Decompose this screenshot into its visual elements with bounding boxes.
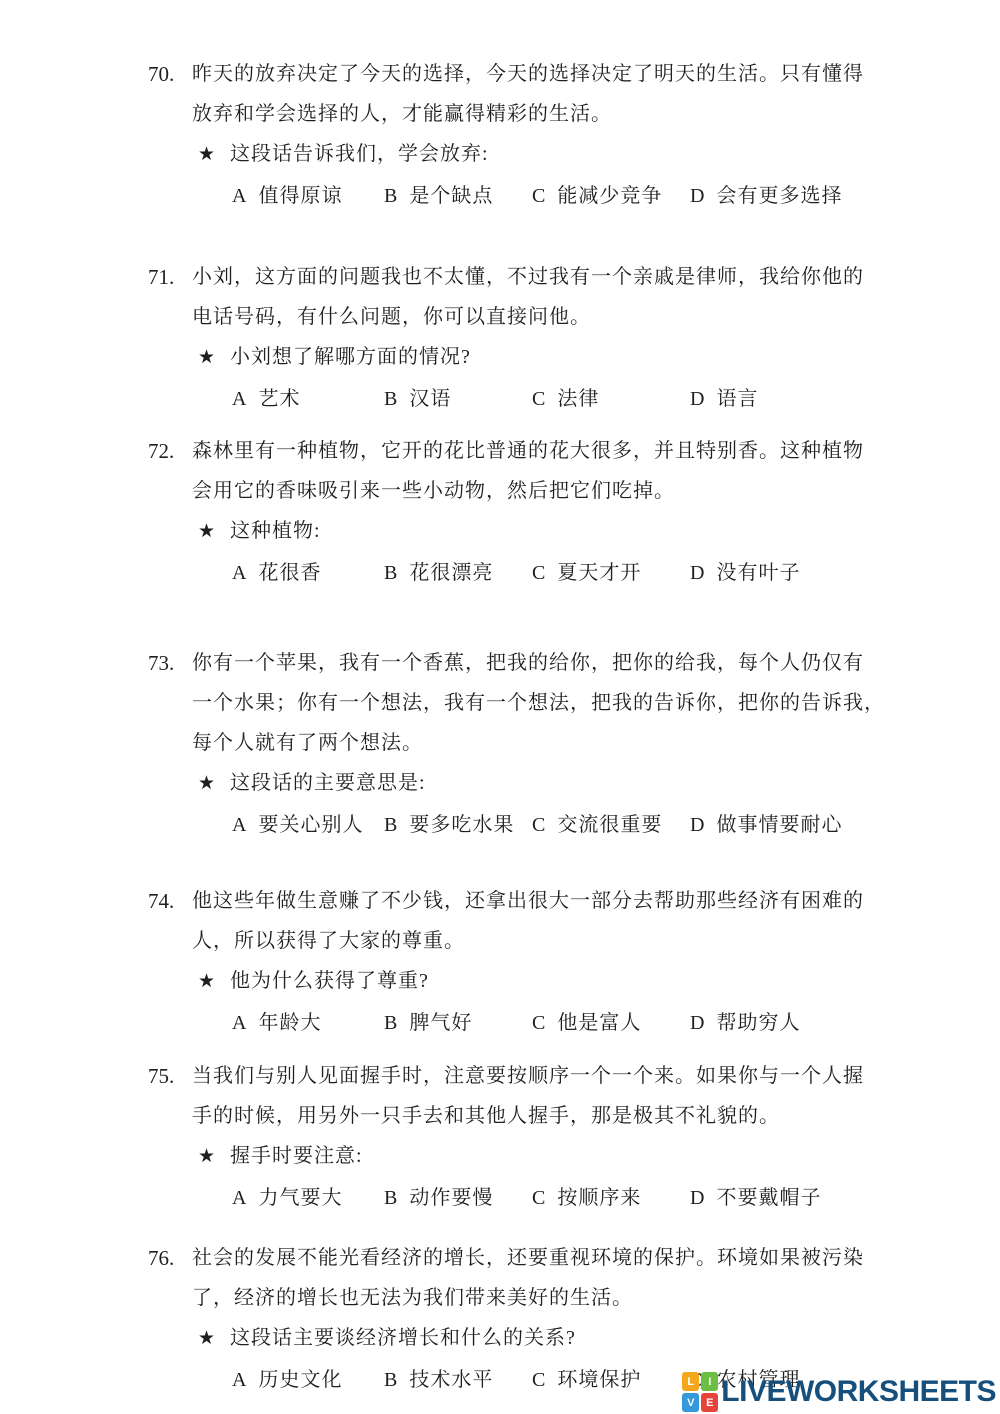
option-text: 按顺序来	[557, 1178, 641, 1218]
question-prompt-row: ★他为什么获得了尊重?	[192, 961, 968, 1003]
option-text: 值得原谅	[258, 176, 342, 216]
question-line: 一个水果；你有一个想法，我有一个想法，把我的告诉你，把你的告诉我，	[192, 683, 968, 723]
question-74: 74. 他这些年做生意赚了不少钱，还拿出很大一部分去帮助那些经济有困难的 人，所…	[148, 881, 968, 1043]
option-75-c[interactable]: C按顺序来	[532, 1178, 690, 1218]
option-letter: D	[690, 553, 704, 593]
question-line: 社会的发展不能光看经济的增长，还要重视环境的保护。环境如果被污染	[192, 1238, 968, 1278]
options-row: A艺术 B汉语 C法律 D语言	[192, 379, 968, 419]
option-72-c[interactable]: C夏天才开	[532, 553, 690, 593]
option-text: 法律	[557, 379, 599, 419]
option-letter: B	[384, 176, 397, 216]
question-75: 75. 当我们与别人见面握手时，注意要按顺序一个一个来。如果你与一个人握 手的时…	[148, 1056, 968, 1218]
option-letter: A	[232, 1003, 246, 1043]
star-icon: ★	[198, 143, 215, 165]
question-prompt: 他为什么获得了尊重?	[230, 970, 429, 992]
question-71: 71. 小刘，这方面的问题我也不太懂，不过我有一个亲戚是律师，我给你他的 电话号…	[148, 257, 968, 419]
logo-square-i: I	[701, 1372, 718, 1391]
option-76-a[interactable]: A历史文化	[232, 1360, 384, 1400]
option-75-d[interactable]: D不要戴帽子	[690, 1178, 968, 1218]
option-letter: D	[690, 379, 704, 419]
option-text: 不要戴帽子	[716, 1178, 821, 1218]
liveworksheets-wordmark: LIVEWORKSHEETS	[721, 1377, 996, 1407]
question-line: 会用它的香味吸引来一些小动物，然后把它们吃掉。	[192, 471, 968, 511]
question-line: 他这些年做生意赚了不少钱，还拿出很大一部分去帮助那些经济有困难的	[192, 881, 968, 921]
option-text: 语言	[716, 379, 758, 419]
option-text: 汉语	[409, 379, 451, 419]
question-prompt: 这段话的主要意思是:	[230, 772, 426, 794]
option-text: 能减少竞争	[557, 176, 662, 216]
logo-square-e: E	[701, 1393, 718, 1412]
question-prompt: 小刘想了解哪方面的情况?	[230, 346, 471, 368]
option-74-d[interactable]: D帮助穷人	[690, 1003, 968, 1043]
question-73: 73. 你有一个苹果，我有一个香蕉，把我的给你，把你的给我，每个人仍仅有 一个水…	[148, 643, 968, 845]
question-prompt-row: ★这种植物:	[192, 511, 968, 553]
worksheet-page: 70. 昨天的放弃决定了今天的选择，今天的选择决定了明天的生活。只有懂得 放弃和…	[0, 0, 1000, 1414]
options-row: A年龄大 B脾气好 C他是富人 D帮助穷人	[192, 1003, 968, 1043]
option-text: 要多吃水果	[409, 805, 514, 845]
option-letter: C	[532, 1360, 545, 1400]
question-number: 74.	[148, 881, 174, 921]
question-line: 每个人就有了两个想法。	[192, 723, 968, 763]
option-text: 技术水平	[409, 1360, 493, 1400]
option-text: 夏天才开	[557, 553, 641, 593]
option-letter: D	[690, 176, 704, 216]
option-letter: B	[384, 1003, 397, 1043]
option-letter: B	[384, 1178, 397, 1218]
options-row: A花很香 B花很漂亮 C夏天才开 D没有叶子	[192, 553, 968, 593]
question-line: 小刘，这方面的问题我也不太懂，不过我有一个亲戚是律师，我给你他的	[192, 257, 968, 297]
option-71-d[interactable]: D语言	[690, 379, 968, 419]
question-number: 72.	[148, 431, 174, 471]
option-text: 力气要大	[258, 1178, 342, 1218]
option-text: 动作要慢	[409, 1178, 493, 1218]
question-prompt-row: ★握手时要注意:	[192, 1136, 968, 1178]
question-line: 了，经济的增长也无法为我们带来美好的生活。	[192, 1278, 968, 1318]
logo-square-v: V	[682, 1393, 699, 1412]
option-letter: D	[690, 805, 704, 845]
option-72-a[interactable]: A花很香	[232, 553, 384, 593]
option-text: 交流很重要	[557, 805, 662, 845]
option-letter: C	[532, 176, 545, 216]
option-71-c[interactable]: C法律	[532, 379, 690, 419]
option-text: 是个缺点	[409, 176, 493, 216]
option-text: 没有叶子	[716, 553, 800, 593]
option-74-a[interactable]: A年龄大	[232, 1003, 384, 1043]
option-letter: B	[384, 1360, 397, 1400]
question-line: 昨天的放弃决定了今天的选择，今天的选择决定了明天的生活。只有懂得	[192, 54, 968, 94]
option-letter: C	[532, 1178, 545, 1218]
option-letter: C	[532, 1003, 545, 1043]
star-icon: ★	[198, 346, 215, 368]
option-letter: B	[384, 805, 397, 845]
options-row: A力气要大 B动作要慢 C按顺序来 D不要戴帽子	[192, 1178, 968, 1218]
option-70-b[interactable]: B是个缺点	[384, 176, 532, 216]
option-76-b[interactable]: B技术水平	[384, 1360, 532, 1400]
star-icon: ★	[198, 1327, 215, 1349]
star-icon: ★	[198, 772, 215, 794]
option-text: 年龄大	[258, 1003, 321, 1043]
question-prompt-row: ★这段话的主要意思是:	[192, 763, 968, 805]
option-71-a[interactable]: A艺术	[232, 379, 384, 419]
option-letter: C	[532, 805, 545, 845]
option-text: 会有更多选择	[716, 176, 842, 216]
option-letter: A	[232, 379, 246, 419]
option-73-b[interactable]: B要多吃水果	[384, 805, 532, 845]
option-71-b[interactable]: B汉语	[384, 379, 532, 419]
option-76-c[interactable]: C环境保护	[532, 1360, 690, 1400]
option-74-b[interactable]: B脾气好	[384, 1003, 532, 1043]
question-prompt-row: ★这段话主要谈经济增长和什么的关系?	[192, 1318, 968, 1360]
option-letter: C	[532, 379, 545, 419]
option-letter: B	[384, 379, 397, 419]
options-row: A要关心别人 B要多吃水果 C交流很重要 D做事情要耐心	[192, 805, 968, 845]
question-number: 71.	[148, 257, 174, 297]
question-prompt: 这种植物:	[230, 520, 321, 542]
star-icon: ★	[198, 1145, 215, 1167]
question-number: 73.	[148, 643, 174, 683]
option-text: 历史文化	[258, 1360, 342, 1400]
question-prompt: 握手时要注意:	[230, 1145, 363, 1167]
option-text: 做事情要耐心	[716, 805, 842, 845]
option-letter: C	[532, 553, 545, 593]
option-70-c[interactable]: C能减少竞争	[532, 176, 690, 216]
option-text: 艺术	[258, 379, 300, 419]
star-icon: ★	[198, 520, 215, 542]
option-74-c[interactable]: C他是富人	[532, 1003, 690, 1043]
option-text: 花很漂亮	[409, 553, 493, 593]
question-prompt-row: ★这段话告诉我们，学会放弃:	[192, 134, 968, 176]
question-line: 手的时候，用另外一只手去和其他人握手，那是极其不礼貌的。	[192, 1096, 968, 1136]
option-75-a[interactable]: A力气要大	[232, 1178, 384, 1218]
option-letter: A	[232, 553, 246, 593]
option-letter: A	[232, 176, 246, 216]
option-letter: A	[232, 1360, 246, 1400]
question-number: 76.	[148, 1238, 174, 1278]
option-letter: A	[232, 805, 246, 845]
option-73-c[interactable]: C交流很重要	[532, 805, 690, 845]
liveworksheets-icon: L I V E	[682, 1372, 718, 1412]
option-text: 要关心别人	[258, 805, 363, 845]
option-text: 环境保护	[557, 1360, 641, 1400]
question-line: 人，所以获得了大家的尊重。	[192, 921, 968, 961]
option-text: 花很香	[258, 553, 321, 593]
question-line: 森林里有一种植物，它开的花比普通的花大很多，并且特别香。这种植物	[192, 431, 968, 471]
option-letter: D	[690, 1178, 704, 1218]
question-line: 你有一个苹果，我有一个香蕉，把我的给你，把你的给我，每个人仍仅有	[192, 643, 968, 683]
question-line: 当我们与别人见面握手时，注意要按顺序一个一个来。如果你与一个人握	[192, 1056, 968, 1096]
option-73-d[interactable]: D做事情要耐心	[690, 805, 968, 845]
options-row: A值得原谅 B是个缺点 C能减少竞争 D会有更多选择	[192, 176, 968, 216]
option-75-b[interactable]: B动作要慢	[384, 1178, 532, 1218]
question-72: 72. 森林里有一种植物，它开的花比普通的花大很多，并且特别香。这种植物 会用它…	[148, 431, 968, 593]
option-72-b[interactable]: B花很漂亮	[384, 553, 532, 593]
question-prompt-row: ★小刘想了解哪方面的情况?	[192, 337, 968, 379]
question-prompt: 这段话告诉我们，学会放弃:	[230, 143, 489, 165]
question-number: 70.	[148, 54, 174, 94]
question-70: 70. 昨天的放弃决定了今天的选择，今天的选择决定了明天的生活。只有懂得 放弃和…	[148, 54, 968, 216]
questions-list: 70. 昨天的放弃决定了今天的选择，今天的选择决定了明天的生活。只有懂得 放弃和…	[148, 54, 968, 1400]
option-letter: A	[232, 1178, 246, 1218]
option-letter: B	[384, 553, 397, 593]
liveworksheets-logo[interactable]: L I V E LIVEWORKSHEETS	[682, 1372, 996, 1412]
option-text: 帮助穷人	[716, 1003, 800, 1043]
star-icon: ★	[198, 970, 215, 992]
question-line: 电话号码，有什么问题，你可以直接问他。	[192, 297, 968, 337]
question-prompt: 这段话主要谈经济增长和什么的关系?	[230, 1327, 576, 1349]
option-letter: D	[690, 1003, 704, 1043]
question-line: 放弃和学会选择的人，才能赢得精彩的生活。	[192, 94, 968, 134]
option-70-d[interactable]: D会有更多选择	[690, 176, 968, 216]
question-number: 75.	[148, 1056, 174, 1096]
option-73-a[interactable]: A要关心别人	[232, 805, 384, 845]
option-text: 脾气好	[409, 1003, 472, 1043]
option-text: 他是富人	[557, 1003, 641, 1043]
option-70-a[interactable]: A值得原谅	[232, 176, 384, 216]
logo-square-l: L	[682, 1372, 699, 1391]
option-72-d[interactable]: D没有叶子	[690, 553, 968, 593]
